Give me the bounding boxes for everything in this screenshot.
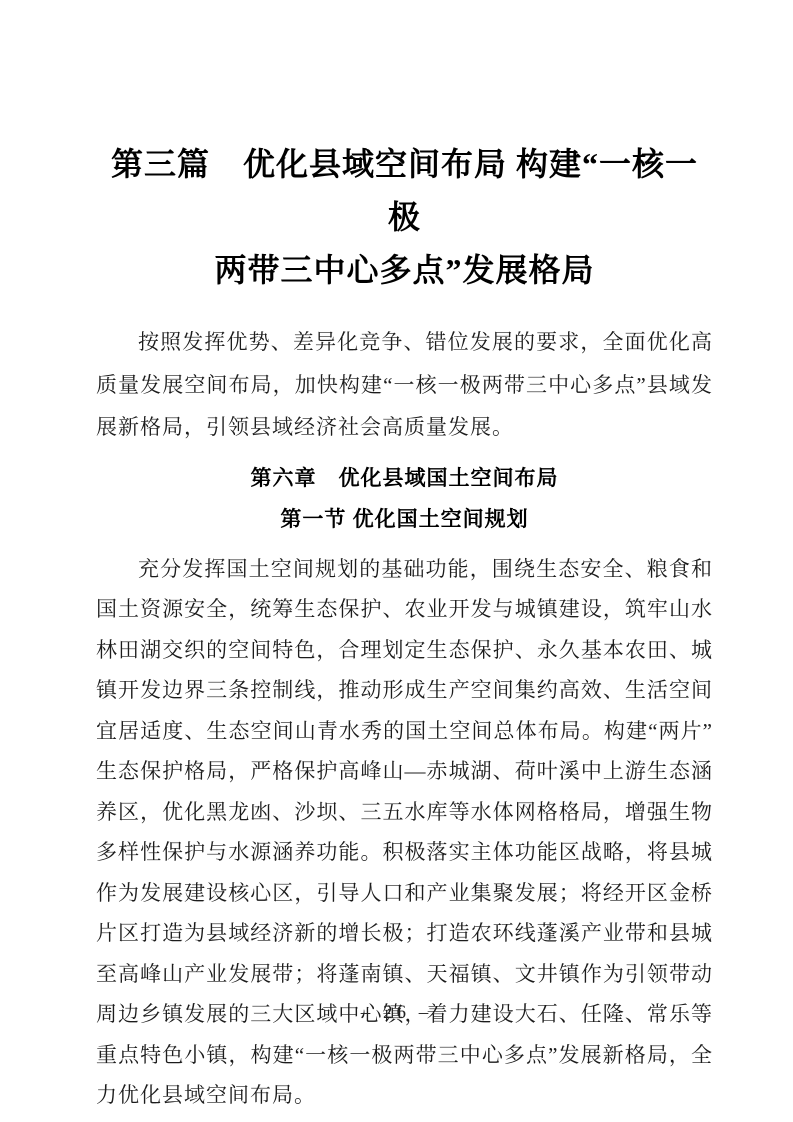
chapter-heading: 第六章 优化县域国土空间布局 [96, 463, 713, 495]
document-page: 第三篇 优化县域空间布局 构建“一核一极 两带三中心多点”发展格局 按照发挥优势… [0, 0, 793, 1122]
document-title: 第三篇 优化县域空间布局 构建“一核一极 两带三中心多点”发展格局 [96, 0, 713, 297]
document-content: 第三篇 优化县域空间布局 构建“一核一极 两带三中心多点”发展格局 按照发挥优势… [0, 0, 793, 1116]
intro-paragraph: 按照发挥优势、差异化竞争、错位发展的要求，全面优化高质量发展空间布局，加快构建“… [96, 321, 713, 449]
document-title-line-1: 第三篇 优化县域空间布局 构建“一核一极 [96, 138, 713, 244]
page-number: – 26 – [0, 1002, 793, 1024]
body-paragraph: 充分发挥国土空间规划的基础功能，围绕生态安全、粮食和国土资源安全，统筹生态保护、… [96, 549, 713, 1116]
section-heading: 第一节 优化国土空间规划 [96, 503, 713, 535]
document-title-line-2: 两带三中心多点”发展格局 [96, 244, 713, 297]
